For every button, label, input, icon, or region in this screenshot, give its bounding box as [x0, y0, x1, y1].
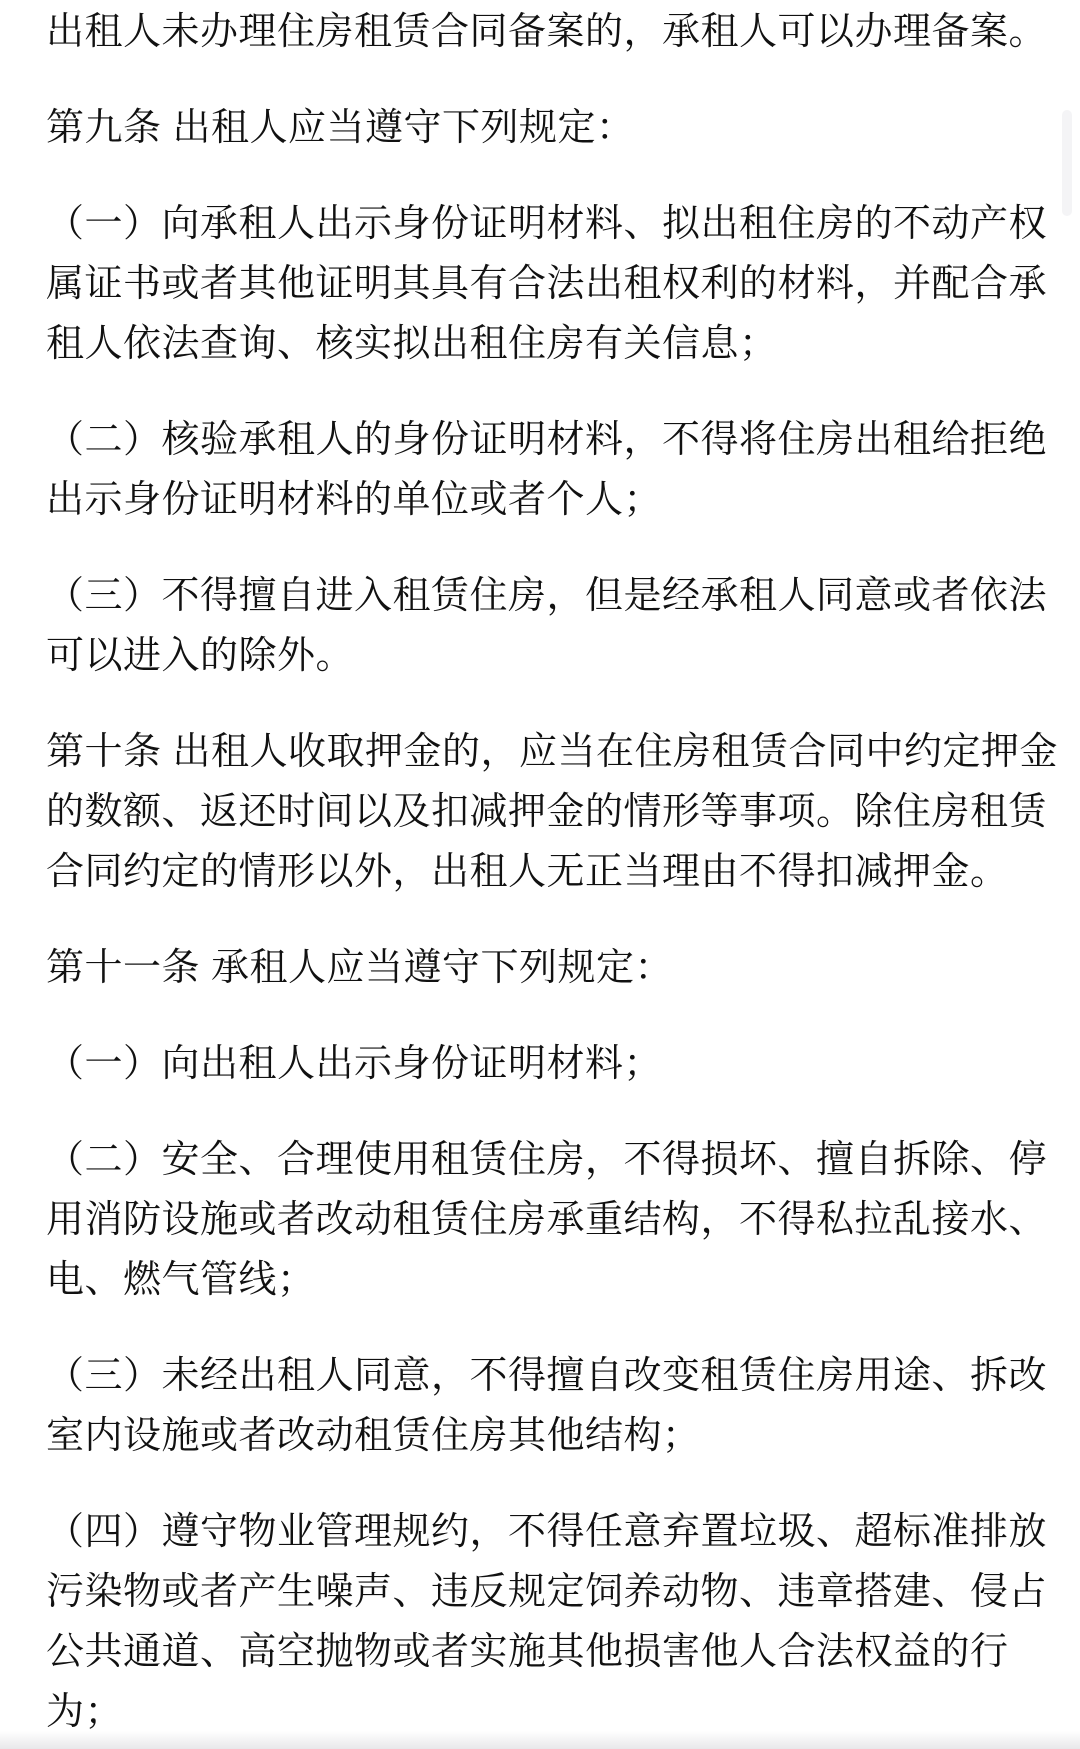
- paragraph-7: 第十一条 承租人应当遵守下列规定：: [46, 938, 1050, 998]
- text-line: 出租人未办理住房租赁合同备案的，承租人可以办理备案。: [46, 2, 1050, 62]
- paragraph-1: 出租人未办理住房租赁合同备案的，承租人可以办理备案。: [46, 2, 1050, 62]
- text-line: 合同约定的情形以外，出租人无正当理由不得扣减押金。: [46, 842, 1050, 902]
- text-line: 可以进入的除外。: [46, 626, 1050, 686]
- text-line: 污染物或者产生噪声、违反规定饲养动物、违章搭建、侵占: [46, 1562, 1050, 1622]
- text-line: 第十条 出租人收取押金的，应当在住房租赁合同中约定押金: [46, 722, 1050, 782]
- paragraph-3: （一）向承租人出示身份证明材料、拟出租住房的不动产权属证书或者其他证明其具有合法…: [46, 194, 1050, 374]
- paragraph-8: （一）向出租人出示身份证明材料；: [46, 1034, 1050, 1094]
- paragraph-9: （二）安全、合理使用租赁住房，不得损坏、擅自拆除、停用消防设施或者改动租赁住房承…: [46, 1130, 1050, 1310]
- paragraph-10: （三）未经出租人同意，不得擅自改变租赁住房用途、拆改室内设施或者改动租赁住房其他…: [46, 1346, 1050, 1466]
- paragraph-2: 第九条 出租人应当遵守下列规定：: [46, 98, 1050, 158]
- text-line: （二）安全、合理使用租赁住房，不得损坏、擅自拆除、停: [46, 1130, 1050, 1190]
- text-line: 室内设施或者改动租赁住房其他结构；: [46, 1406, 1050, 1466]
- text-line: 的数额、返还时间以及扣减押金的情形等事项。除住房租赁: [46, 782, 1050, 842]
- text-line: （四）遵守物业管理规约，不得任意弃置垃圾、超标准排放: [46, 1502, 1050, 1562]
- text-line: （一）向承租人出示身份证明材料、拟出租住房的不动产权: [46, 194, 1050, 254]
- text-line: 第九条 出租人应当遵守下列规定：: [46, 98, 1050, 158]
- text-line: 第十一条 承租人应当遵守下列规定：: [46, 938, 1050, 998]
- text-line: 电、燃气管线；: [46, 1250, 1050, 1310]
- text-line: （二）核验承租人的身份证明材料，不得将住房出租给拒绝: [46, 410, 1050, 470]
- document-body: 出租人未办理住房租赁合同备案的，承租人可以办理备案。第九条 出租人应当遵守下列规…: [0, 0, 1080, 1742]
- text-line: 属证书或者其他证明其具有合法出租权利的材料，并配合承: [46, 254, 1050, 314]
- text-line: 用消防设施或者改动租赁住房承重结构，不得私拉乱接水、: [46, 1190, 1050, 1250]
- page-bottom-edge: [0, 1731, 1080, 1749]
- text-line: （三）不得擅自进入租赁住房，但是经承租人同意或者依法: [46, 566, 1050, 626]
- scrollbar-thumb[interactable]: [1062, 110, 1072, 216]
- text-line: （三）未经出租人同意，不得擅自改变租赁住房用途、拆改: [46, 1346, 1050, 1406]
- paragraph-11: （四）遵守物业管理规约，不得任意弃置垃圾、超标准排放污染物或者产生噪声、违反规定…: [46, 1502, 1050, 1742]
- paragraph-6: 第十条 出租人收取押金的，应当在住房租赁合同中约定押金的数额、返还时间以及扣减押…: [46, 722, 1050, 902]
- paragraph-5: （三）不得擅自进入租赁住房，但是经承租人同意或者依法可以进入的除外。: [46, 566, 1050, 686]
- text-line: （一）向出租人出示身份证明材料；: [46, 1034, 1050, 1094]
- document-page: 出租人未办理住房租赁合同备案的，承租人可以办理备案。第九条 出租人应当遵守下列规…: [0, 0, 1080, 1749]
- text-line: 公共通道、高空抛物或者实施其他损害他人合法权益的行: [46, 1622, 1050, 1682]
- text-line: 租人依法查询、核实拟出租住房有关信息；: [46, 314, 1050, 374]
- paragraph-4: （二）核验承租人的身份证明材料，不得将住房出租给拒绝出示身份证明材料的单位或者个…: [46, 410, 1050, 530]
- text-line: 出示身份证明材料的单位或者个人；: [46, 470, 1050, 530]
